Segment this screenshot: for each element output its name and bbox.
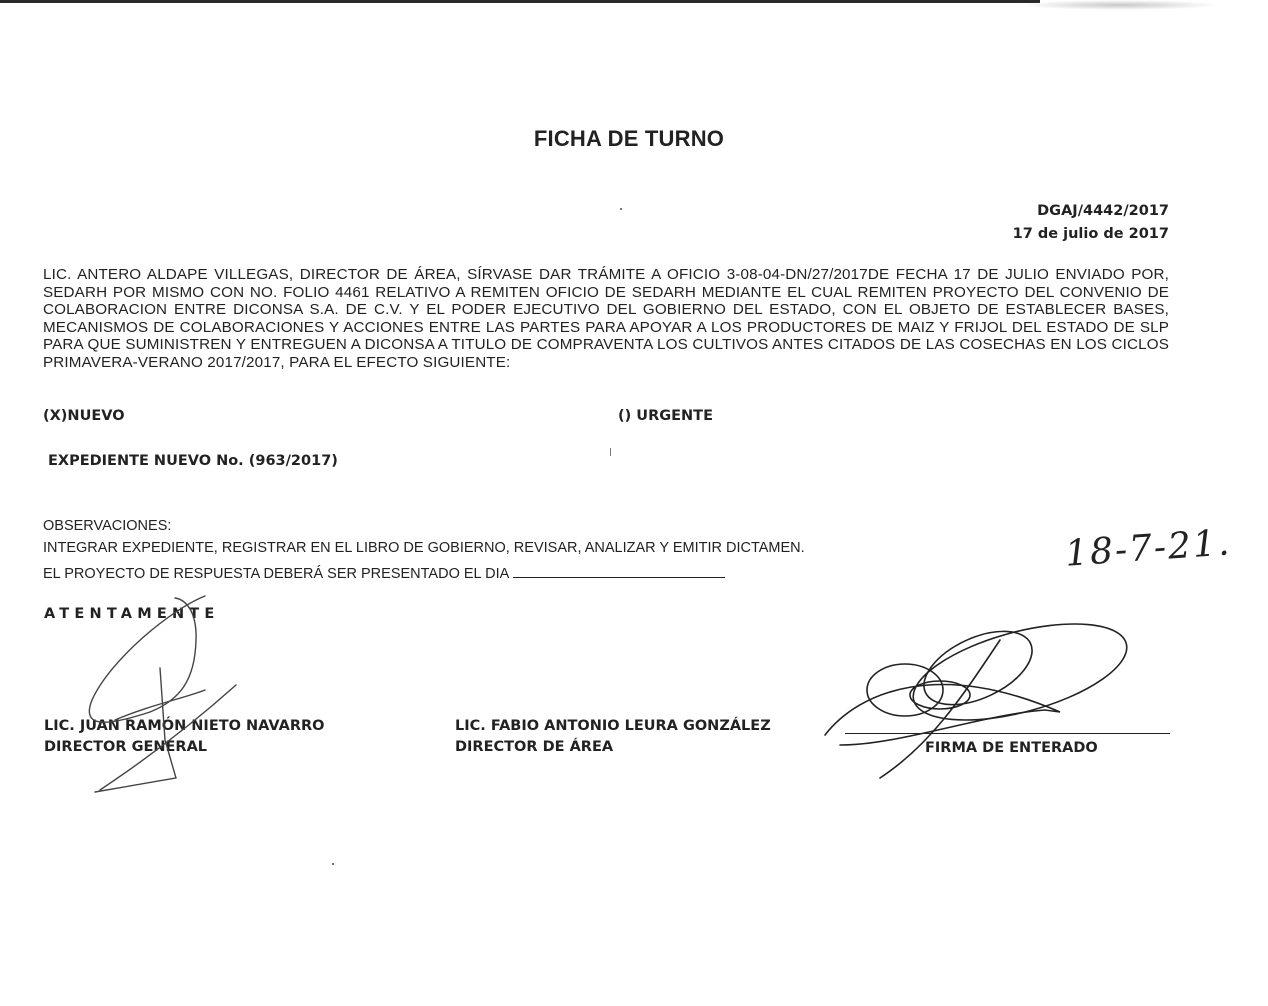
- deadline-line: EL PROYECTO DE RESPUESTA DEBERÁ SER PRES…: [43, 563, 725, 582]
- folio-number: DGAJ/4442/2017: [1037, 203, 1169, 219]
- signature-director-general: [89, 596, 236, 792]
- document-date: 17 de julio de 2017: [1013, 226, 1169, 242]
- signatory-name: LIC. FABIO ANTONIO LEURA GONZÁLEZ: [455, 716, 771, 737]
- scan-speck: [620, 208, 622, 210]
- expediente-number: EXPEDIENTE NUEVO No. (963/2017): [48, 453, 338, 469]
- instruction-paragraph: LIC. ANTERO ALDAPE VILLEGAS, DIRECTOR DE…: [43, 266, 1169, 371]
- observaciones-label: OBSERVACIONES:: [43, 518, 171, 534]
- scan-speck: [610, 448, 611, 456]
- signatory-name: LIC. JUAN RAMÓN NIETO NAVARRO: [44, 716, 324, 737]
- acknowledgement-signature-line: [845, 733, 1170, 734]
- acknowledgement-label: FIRMA DE ENTERADO: [925, 738, 1098, 759]
- scan-top-border: [0, 0, 1040, 3]
- deadline-label: EL PROYECTO DE RESPUESTA DEBERÁ SER PRES…: [43, 566, 509, 582]
- signatory-role: DIRECTOR DE ÁREA: [455, 737, 771, 758]
- scan-speck: [332, 863, 334, 865]
- option-urgente: () URGENTE: [618, 408, 713, 424]
- document-title: FICHA DE TURNO: [0, 126, 1258, 152]
- scan-smudge: [1020, 0, 1220, 10]
- closing-atentamente: ATENTAMENTE: [44, 606, 219, 622]
- option-nuevo: (X)NUEVO: [43, 408, 125, 424]
- signatory-director-general: LIC. JUAN RAMÓN NIETO NAVARRO DIRECTOR G…: [44, 716, 324, 758]
- signatory-director-area: LIC. FABIO ANTONIO LEURA GONZÁLEZ DIRECT…: [455, 716, 771, 758]
- observaciones-instruction: INTEGRAR EXPEDIENTE, REGISTRAR EN EL LIB…: [43, 540, 805, 556]
- deadline-blank-field: [513, 563, 725, 578]
- handwritten-date: 18-7-21.: [1064, 522, 1233, 575]
- signatory-role: DIRECTOR GENERAL: [44, 737, 324, 758]
